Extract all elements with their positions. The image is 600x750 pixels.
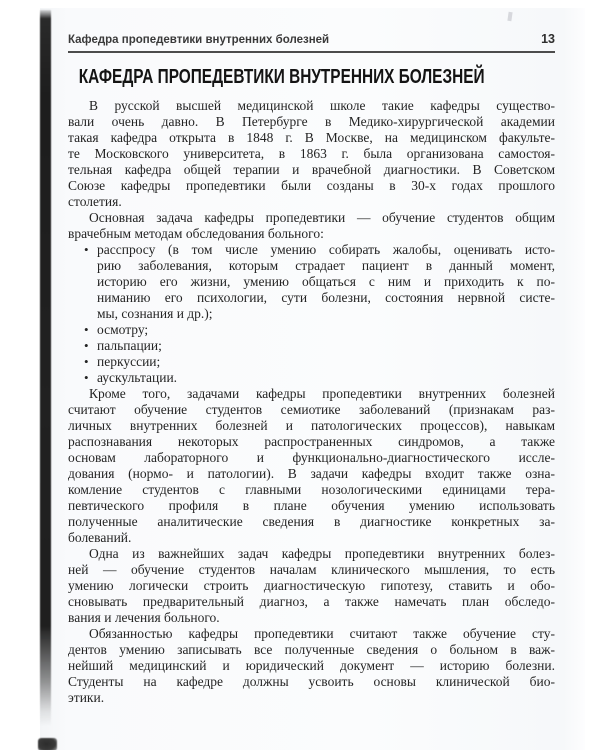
list-item: •расспросу (в том числе умению собирать … <box>68 242 555 322</box>
text-line: вания и лечения больного. <box>68 610 555 626</box>
book-corner-shadow <box>38 738 57 750</box>
text-line: умению логически строить диагностическую… <box>68 578 555 594</box>
page-number: 13 <box>541 32 555 46</box>
text-line: историю его жизни, умению общаться с ним… <box>97 274 555 290</box>
text-line: комление студентов с главными нозологиче… <box>68 482 555 498</box>
text-line: нейший медицинский и юридический докумен… <box>68 658 555 674</box>
text-line: столетия. <box>68 194 555 210</box>
paragraph: Одна из важнейших задач кафедры пропедев… <box>68 546 555 626</box>
text-line: считают обучение студентов семиотике заб… <box>68 402 555 418</box>
text-line: певтического профиля в плане обучения ум… <box>68 498 555 514</box>
list-item: •осмотру; <box>68 322 555 338</box>
text-line: личных внутренних болезней и патологичес… <box>68 418 555 434</box>
running-title: Кафедра пропедевтики внутренних болезней <box>68 33 329 47</box>
list-item: •аускультации. <box>68 370 555 386</box>
book-page: Кафедра пропедевтики внутренних болезней… <box>40 8 585 750</box>
bullet-marker: • <box>84 242 89 258</box>
text-line: Обязанностью кафедры пропедевтики считаю… <box>68 626 555 642</box>
text-line: аускультации. <box>97 370 555 386</box>
text-line: перкуссии; <box>97 354 555 370</box>
list-item: •пальпации; <box>68 338 555 354</box>
bullet-marker: • <box>84 322 89 338</box>
bullet-marker: • <box>84 354 89 370</box>
text-line: полученные аналитические сведения в диаг… <box>68 514 555 530</box>
bullet-marker: • <box>84 338 89 354</box>
paragraph: Основная задача кафедры пропедевтики — о… <box>68 210 555 242</box>
text-line: дентов умению записывать все полученные … <box>68 642 555 658</box>
page-content: Кафедра пропедевтики внутренних болезней… <box>68 32 555 706</box>
body-text: В русской высшей медицинской школе такие… <box>68 98 555 706</box>
text-line: Союзе кафедры пропедевтики были созданы … <box>68 178 555 194</box>
text-line: вали очень давно. В Петербурге в Медико-… <box>68 114 555 130</box>
text-line: Одна из важнейших задач кафедры пропедев… <box>68 546 555 562</box>
book-edge-shadow <box>40 10 51 726</box>
text-line: сновывать предварительный диагноз, а так… <box>68 594 555 610</box>
text-line: рию заболевания, которым страдает пациен… <box>97 258 555 274</box>
header-rule <box>68 51 555 53</box>
text-line: ниманию его психологии, сути болезни, со… <box>97 290 555 306</box>
text-line: осмотру; <box>97 322 555 338</box>
text-line: ней — обучение студентов началам клиниче… <box>68 562 555 578</box>
text-line: пальпации; <box>97 338 555 354</box>
text-line: основам лабораторного и функционально-ди… <box>68 450 555 466</box>
paragraph: Обязанностью кафедры пропедевтики считаю… <box>68 626 555 706</box>
running-header: Кафедра пропедевтики внутренних болезней… <box>68 32 555 47</box>
text-line: В русской высшей медицинской школе такие… <box>68 98 555 114</box>
text-line: распознавания некоторых распространенных… <box>68 434 555 450</box>
list-item: •перкуссии; <box>68 354 555 370</box>
text-line: те Московского университета, в 1863 г. б… <box>68 146 555 162</box>
paragraph: Кроме того, задачами кафедры пропедевтик… <box>68 386 555 546</box>
chapter-title: КАФЕДРА ПРОПЕДЕВТИКИ ВНУТРЕННИХ БОЛЕЗНЕЙ <box>68 65 443 89</box>
text-line: болеваний. <box>68 530 555 546</box>
text-line: Основная задача кафедры пропедевтики — о… <box>68 210 555 226</box>
text-line: дования (нормо- и патологии). В задачи к… <box>68 466 555 482</box>
text-line: врачебным методам обследования больного: <box>68 226 555 242</box>
text-line: тельная кафедра общей терапии и врачебно… <box>68 162 555 178</box>
text-line: такая кафедра открыта в 1848 г. В Москве… <box>68 130 555 146</box>
text-line: этики. <box>68 690 555 706</box>
text-line: Студенты на кафедре должны усвоить основ… <box>68 674 555 690</box>
scan-artifact <box>507 12 512 21</box>
text-line: Кроме того, задачами кафедры пропедевтик… <box>68 386 555 402</box>
text-line: расспросу (в том числе умению собирать ж… <box>97 242 555 258</box>
text-line: мы, сознания и др.); <box>97 306 555 322</box>
paragraph: В русской высшей медицинской школе такие… <box>68 98 555 210</box>
bullet-marker: • <box>84 370 89 386</box>
